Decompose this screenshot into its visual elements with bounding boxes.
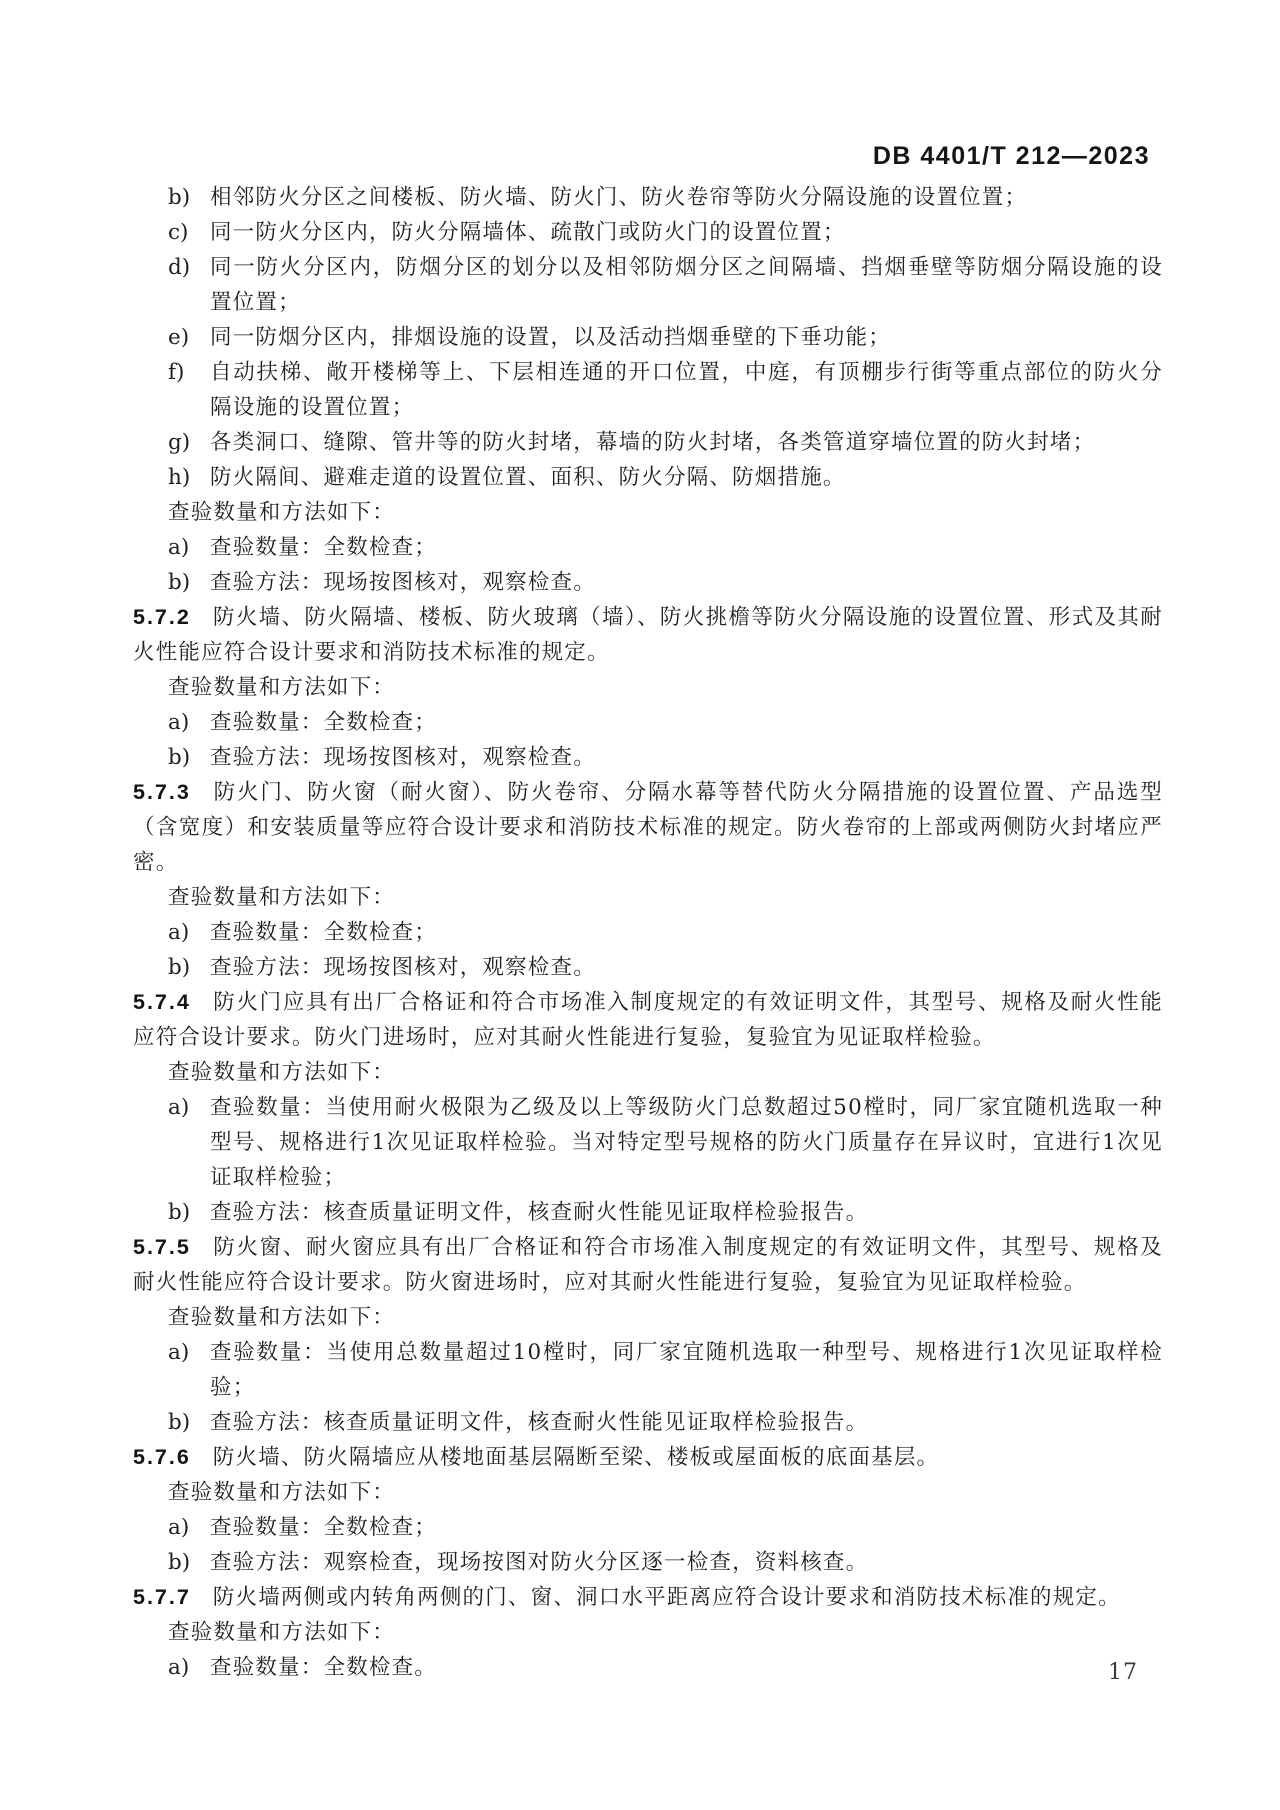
- clause-paragraph: 5.7.5防火窗、耐火窗应具有出厂合格证和符合市场准入制度规定的有效证明文件，其…: [133, 1230, 1163, 1300]
- paragraph: 查验数量和方法如下：: [133, 1475, 1163, 1510]
- list-item-text: 查验数量：全数检查；: [210, 710, 437, 735]
- paragraph: 查验数量和方法如下：: [133, 880, 1163, 915]
- list-item-text: 查验方法：现场按图核对，观察检查。: [210, 745, 596, 770]
- list-item-marker: b): [168, 1545, 190, 1580]
- list-item-marker: b): [168, 740, 190, 775]
- list-item-text: 查验方法：现场按图核对，观察检查。: [210, 570, 596, 595]
- list-item: f) 自动扶梯、敞开楼梯等上、下层相连通的开口位置，中庭，有顶棚步行街等重点部位…: [133, 355, 1163, 425]
- list-item: d) 同一防火分区内，防烟分区的划分以及相邻防烟分区之间隔墙、挡烟垂壁等防烟分隔…: [133, 250, 1163, 320]
- clause-text: 防火墙、防火隔墙、楼板、防火玻璃（墙）、防火挑檐等防火分隔设施的设置位置、形式及…: [133, 605, 1163, 665]
- list-item: a) 查验数量：当使用耐火极限为乙级及以上等级防火门总数超过50樘时，同厂家宜随…: [133, 1090, 1163, 1195]
- paragraph-text: 查验数量和方法如下：: [168, 1620, 395, 1645]
- list-item-text: 查验数量：全数检查；: [210, 535, 437, 560]
- list-item-marker: a): [168, 915, 189, 950]
- list-item-text: 同一防火分区内，防火分隔墙体、疏散门或防火门的设置位置；: [210, 220, 846, 245]
- paragraph: 查验数量和方法如下：: [133, 1055, 1163, 1090]
- list-item-text: 查验数量：全数检查；: [210, 1515, 437, 1540]
- clause-paragraph: 5.7.7防火墙两侧或内转角两侧的门、窗、洞口水平距离应符合设计要求和消防技术标…: [133, 1580, 1163, 1615]
- list-item-text: 相邻防火分区之间楼板、防火墙、防火门、防火卷帘等防火分隔设施的设置位置；: [210, 185, 1027, 210]
- clause-number: 5.7.5: [133, 1235, 213, 1259]
- clause-paragraph: 5.7.2防火墙、防火隔墙、楼板、防火玻璃（墙）、防火挑檐等防火分隔设施的设置位…: [133, 600, 1163, 670]
- clause-paragraph: 5.7.6防火墙、防火隔墙应从楼地面基层隔断至梁、楼板或屋面板的底面基层。: [133, 1440, 1163, 1475]
- list-item-text: 查验数量：当使用耐火极限为乙级及以上等级防火门总数超过50樘时，同厂家宜随机选取…: [210, 1095, 1163, 1190]
- clause-number: 5.7.4: [133, 990, 213, 1014]
- clause-text: 防火门应具有出厂合格证和符合市场准入制度规定的有效证明文件，其型号、规格及耐火性…: [133, 990, 1163, 1050]
- list-item-text: 查验数量：全数检查；: [210, 920, 437, 945]
- list-item-marker: a): [168, 705, 189, 740]
- list-item-marker: g): [168, 425, 190, 460]
- list-item-marker: b): [168, 565, 190, 600]
- clause-number: 5.7.2: [133, 605, 213, 629]
- paragraph: 查验数量和方法如下：: [133, 1615, 1163, 1650]
- paragraph-text: 查验数量和方法如下：: [168, 1480, 395, 1505]
- paragraph-text: 查验数量和方法如下：: [168, 500, 395, 525]
- list-item-marker: h): [168, 460, 190, 495]
- list-item: a) 查验数量：全数检查。: [133, 1650, 1163, 1685]
- page-number: 17: [1108, 1660, 1138, 1685]
- list-item: b) 查验方法：现场按图核对，观察检查。: [133, 565, 1163, 600]
- list-item-text: 防火隔间、避难走道的设置位置、面积、防火分隔、防烟措施。: [210, 465, 846, 490]
- clause-number: 5.7.6: [133, 1445, 213, 1469]
- list-item-text: 查验方法：现场按图核对，观察检查。: [210, 955, 596, 980]
- list-item-marker: f): [168, 355, 184, 390]
- list-item-text: 查验数量：当使用总数量超过10樘时，同厂家宜随机选取一种型号、规格进行1次见证取…: [210, 1340, 1163, 1400]
- list-item: a) 查验数量：全数检查；: [133, 705, 1163, 740]
- clause-number: 5.7.3: [133, 780, 213, 804]
- list-item: a) 查验数量：全数检查；: [133, 1510, 1163, 1545]
- clause-number: 5.7.7: [133, 1585, 213, 1609]
- list-item-text: 查验方法：核查质量证明文件，核查耐火性能见证取样检验报告。: [210, 1200, 868, 1225]
- list-item: b) 查验方法：观察检查，现场按图对防火分区逐一检查，资料核查。: [133, 1545, 1163, 1580]
- list-item-marker: a): [168, 1650, 189, 1685]
- list-item-text: 查验方法：核查质量证明文件，核查耐火性能见证取样检验报告。: [210, 1410, 868, 1435]
- list-item: h) 防火隔间、避难走道的设置位置、面积、防火分隔、防烟措施。: [133, 460, 1163, 495]
- paragraph: 查验数量和方法如下：: [133, 670, 1163, 705]
- list-item-marker: b): [168, 1405, 190, 1440]
- list-item-marker: b): [168, 180, 190, 215]
- document-body: b) 相邻防火分区之间楼板、防火墙、防火门、防火卷帘等防火分隔设施的设置位置； …: [133, 180, 1163, 1685]
- list-item-marker: a): [168, 1335, 189, 1370]
- paragraph: 查验数量和方法如下：: [133, 1300, 1163, 1335]
- list-item: a) 查验数量：当使用总数量超过10樘时，同厂家宜随机选取一种型号、规格进行1次…: [133, 1335, 1163, 1405]
- list-item: b) 查验方法：核查质量证明文件，核查耐火性能见证取样检验报告。: [133, 1405, 1163, 1440]
- paragraph-text: 查验数量和方法如下：: [168, 885, 395, 910]
- list-item: e) 同一防烟分区内，排烟设施的设置，以及活动挡烟垂壁的下垂功能；: [133, 320, 1163, 355]
- clause-paragraph: 5.7.3防火门、防火窗（耐火窗）、防火卷帘、分隔水幕等替代防火分隔措施的设置位…: [133, 775, 1163, 880]
- list-item-text: 查验数量：全数检查。: [210, 1655, 437, 1680]
- paragraph-text: 查验数量和方法如下：: [168, 675, 395, 700]
- standard-code-header: DB 4401/T 212—2023: [873, 142, 1150, 171]
- list-item-text: 自动扶梯、敞开楼梯等上、下层相连通的开口位置，中庭，有顶棚步行街等重点部位的防火…: [210, 360, 1163, 420]
- clause-paragraph: 5.7.4防火门应具有出厂合格证和符合市场准入制度规定的有效证明文件，其型号、规…: [133, 985, 1163, 1055]
- list-item-text: 查验方法：观察检查，现场按图对防火分区逐一检查，资料核查。: [210, 1550, 868, 1575]
- list-item-marker: b): [168, 1195, 190, 1230]
- list-item-marker: a): [168, 530, 189, 565]
- clause-text: 防火窗、耐火窗应具有出厂合格证和符合市场准入制度规定的有效证明文件，其型号、规格…: [133, 1235, 1163, 1295]
- list-item: c) 同一防火分区内，防火分隔墙体、疏散门或防火门的设置位置；: [133, 215, 1163, 250]
- paragraph: 查验数量和方法如下：: [133, 495, 1163, 530]
- list-item-text: 同一防烟分区内，排烟设施的设置，以及活动挡烟垂壁的下垂功能；: [210, 325, 891, 350]
- list-item-marker: b): [168, 950, 190, 985]
- list-item-marker: e): [168, 320, 189, 355]
- list-item-text: 各类洞口、缝隙、管井等的防火封堵，幕墙的防火封堵，各类管道穿墙位置的防火封堵；: [210, 430, 1095, 455]
- list-item-marker: d): [168, 250, 190, 285]
- paragraph-text: 查验数量和方法如下：: [168, 1060, 395, 1085]
- list-item: a) 查验数量：全数检查；: [133, 530, 1163, 565]
- document-page: DB 4401/T 212—2023 b) 相邻防火分区之间楼板、防火墙、防火门…: [0, 0, 1280, 1810]
- paragraph-text: 查验数量和方法如下：: [168, 1305, 395, 1330]
- list-item-marker: a): [168, 1510, 189, 1545]
- clause-text: 防火墙、防火隔墙应从楼地面基层隔断至梁、楼板或屋面板的底面基层。: [213, 1445, 939, 1470]
- list-item-marker: c): [168, 215, 188, 250]
- list-item: b) 查验方法：现场按图核对，观察检查。: [133, 950, 1163, 985]
- list-item: a) 查验数量：全数检查；: [133, 915, 1163, 950]
- list-item: g) 各类洞口、缝隙、管井等的防火封堵，幕墙的防火封堵，各类管道穿墙位置的防火封…: [133, 425, 1163, 460]
- clause-text: 防火门、防火窗（耐火窗）、防火卷帘、分隔水幕等替代防火分隔措施的设置位置、产品选…: [133, 780, 1163, 875]
- list-item: b) 查验方法：现场按图核对，观察检查。: [133, 740, 1163, 775]
- list-item-text: 同一防火分区内，防烟分区的划分以及相邻防烟分区之间隔墙、挡烟垂壁等防烟分隔设施的…: [210, 255, 1163, 315]
- list-item-marker: a): [168, 1090, 189, 1125]
- list-item: b) 查验方法：核查质量证明文件，核查耐火性能见证取样检验报告。: [133, 1195, 1163, 1230]
- list-item: b) 相邻防火分区之间楼板、防火墙、防火门、防火卷帘等防火分隔设施的设置位置；: [133, 180, 1163, 215]
- clause-text: 防火墙两侧或内转角两侧的门、窗、洞口水平距离应符合设计要求和消防技术标准的规定。: [213, 1585, 1121, 1610]
